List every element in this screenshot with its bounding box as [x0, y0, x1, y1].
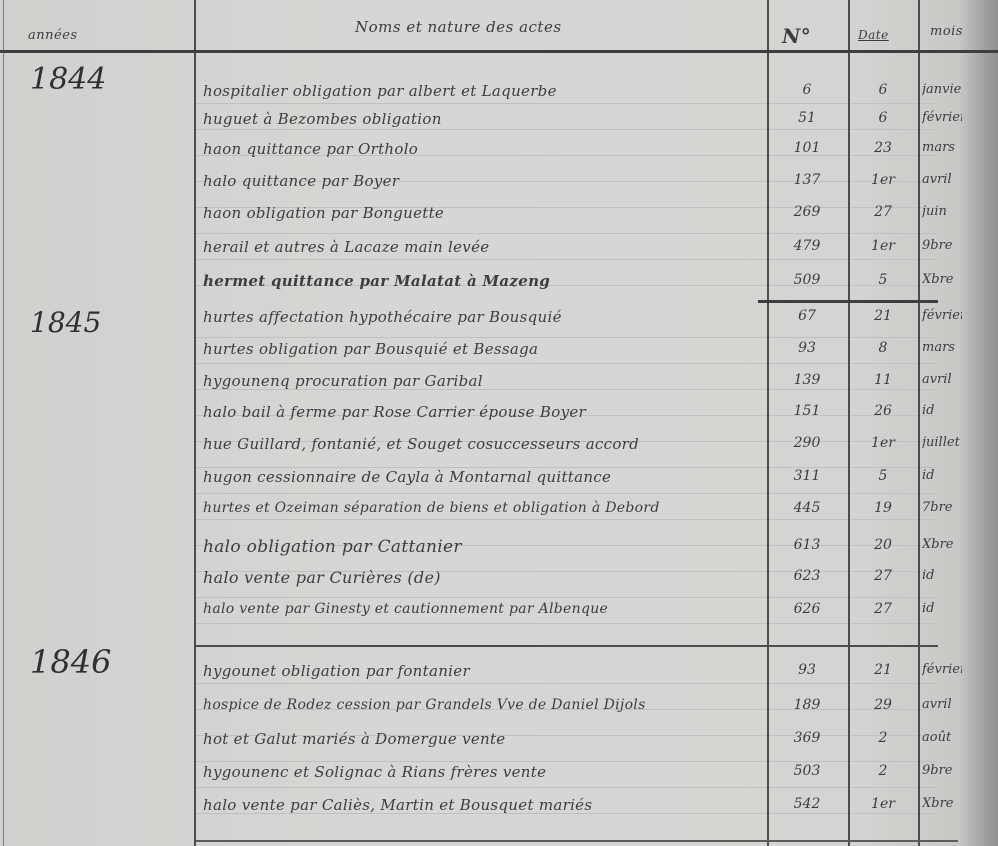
- ledger-row: hospitalier obligation par albert et Laq…: [0, 82, 998, 109]
- entry-day: 27: [852, 601, 914, 617]
- entry-day: 26: [852, 403, 914, 419]
- entry-month: Xbre: [922, 796, 962, 811]
- entry-day: 1er: [852, 238, 914, 254]
- entry-month: mars: [922, 140, 962, 155]
- entry-day: 6: [852, 110, 914, 126]
- ledger-row: huguet à Bezombes obligation 51 6 févrie…: [0, 110, 998, 137]
- bottom-rule: [196, 840, 958, 842]
- entry-number: 151: [772, 403, 842, 419]
- entry-month: février: [922, 662, 962, 677]
- year-separator-1845: [196, 645, 938, 647]
- entry-number: 93: [772, 340, 842, 356]
- entry-month: id: [922, 468, 962, 483]
- entry-description: herail et autres à Lacaze main levée: [203, 238, 489, 256]
- header-month: mois: [930, 24, 963, 39]
- ledger-row: hurtes affectation hypothécaire par Bous…: [0, 308, 998, 335]
- entry-number: 509: [772, 272, 842, 288]
- entry-number: 542: [772, 796, 842, 812]
- header-date: Date: [858, 28, 889, 42]
- entry-day: 11: [852, 372, 914, 388]
- ledger-row: halo vente par Caliès, Martin et Bousque…: [0, 796, 998, 823]
- ledger-row: hygounenc et Solignac à Rians frères ven…: [0, 763, 998, 790]
- entry-description: hot et Galut mariés à Domergue vente: [203, 730, 505, 748]
- entry-number: 623: [772, 568, 842, 584]
- ledger-row: halo quittance par Boyer 137 1er avril: [0, 172, 998, 199]
- header-years: années: [28, 28, 78, 43]
- entry-day: 29: [852, 697, 914, 713]
- ruled-line: [196, 761, 938, 762]
- entry-day: 1er: [852, 172, 914, 188]
- entry-number: 269: [772, 204, 842, 220]
- entry-description: halo bail à ferme par Rose Carrier épous…: [203, 403, 586, 421]
- entry-description: haon obligation par Bonguette: [203, 204, 444, 222]
- entry-description: halo vente par Ginesty et cautionnement …: [203, 601, 608, 617]
- ledger-row: hygounenq procuration par Garibal 139 11…: [0, 372, 998, 399]
- entry-month: id: [922, 601, 962, 616]
- entry-number: 67: [772, 308, 842, 324]
- entry-day: 2: [852, 763, 914, 779]
- ledger-row: halo obligation par Cattanier 613 20 Xbr…: [0, 537, 998, 564]
- entry-description: hermet quittance par Malatat à Mazeng: [203, 272, 550, 290]
- header-number: N°: [782, 24, 811, 48]
- entry-month: Xbre: [922, 537, 962, 552]
- entry-number: 139: [772, 372, 842, 388]
- ledger-row: hospice de Rodez cession par Grandels Vv…: [0, 697, 998, 724]
- ledger-row: halo bail à ferme par Rose Carrier épous…: [0, 403, 998, 430]
- entry-description: halo vente par Curières (de): [203, 568, 441, 587]
- entry-number: 369: [772, 730, 842, 746]
- entry-number: 189: [772, 697, 842, 713]
- entry-description: haon quittance par Ortholo: [203, 140, 418, 158]
- ledger-row: hermet quittance par Malatat à Mazeng 50…: [0, 272, 998, 299]
- entry-description: hospice de Rodez cession par Grandels Vv…: [203, 697, 646, 713]
- entry-month: 9bre: [922, 238, 962, 253]
- ledger-row: hue Guillard, fontanié, et Souget cosucc…: [0, 435, 998, 462]
- entry-description: hygounenq procuration par Garibal: [203, 372, 483, 390]
- entry-day: 5: [852, 272, 914, 288]
- entry-month: février: [922, 308, 962, 323]
- ledger-row: hugon cessionnaire de Cayla à Montarnal …: [0, 468, 998, 495]
- ruled-line: [196, 337, 938, 338]
- ledger-row: hurtes et Ozeiman séparation de biens et…: [0, 500, 998, 527]
- entry-day: 23: [852, 140, 914, 156]
- entry-day: 21: [852, 662, 914, 678]
- ledger-page: années Noms et nature des actes N° Date …: [0, 0, 998, 846]
- entry-month: juin: [922, 204, 962, 219]
- ruled-line: [196, 597, 938, 598]
- ledger-row: hot et Galut mariés à Domergue vente 369…: [0, 730, 998, 757]
- entry-description: halo vente par Caliès, Martin et Bousque…: [203, 796, 592, 814]
- entry-description: halo quittance par Boyer: [203, 172, 399, 190]
- entry-day: 27: [852, 204, 914, 220]
- entry-number: 137: [772, 172, 842, 188]
- entry-month: juillet: [922, 435, 962, 450]
- entry-day: 1er: [852, 796, 914, 812]
- entry-month: 7bre: [922, 500, 962, 515]
- entry-month: id: [922, 568, 962, 583]
- entry-description: huguet à Bezombes obligation: [203, 110, 442, 128]
- entry-day: 20: [852, 537, 914, 553]
- entry-day: 8: [852, 340, 914, 356]
- header-rule: [0, 50, 998, 53]
- entry-month: février: [922, 110, 962, 125]
- entry-description: halo obligation par Cattanier: [203, 537, 462, 557]
- entry-number: 290: [772, 435, 842, 451]
- entry-month: août: [922, 730, 962, 745]
- ledger-row: halo vente par Ginesty et cautionnement …: [0, 601, 998, 628]
- entry-description: hospitalier obligation par albert et Laq…: [203, 82, 557, 100]
- entry-day: 21: [852, 308, 914, 324]
- ledger-row: haon obligation par Bonguette 269 27 jui…: [0, 204, 998, 231]
- entry-month: avril: [922, 172, 962, 187]
- entry-number: 101: [772, 140, 842, 156]
- entry-month: janvier: [922, 82, 962, 97]
- year-separator-1844: [758, 300, 938, 303]
- entry-number: 479: [772, 238, 842, 254]
- entry-description: hurtes affectation hypothécaire par Bous…: [203, 308, 562, 326]
- entry-number: 445: [772, 500, 842, 516]
- ledger-row: hygounet obligation par fontanier 93 21 …: [0, 662, 998, 689]
- ledger-row: halo vente par Curières (de) 623 27 id: [0, 568, 998, 595]
- entry-description: hue Guillard, fontanié, et Souget cosucc…: [203, 435, 639, 453]
- entry-month: id: [922, 403, 962, 418]
- entry-number: 93: [772, 662, 842, 678]
- entry-number: 503: [772, 763, 842, 779]
- ledger-row: herail et autres à Lacaze main levée 479…: [0, 238, 998, 265]
- entry-number: 613: [772, 537, 842, 553]
- entry-month: avril: [922, 372, 962, 387]
- header-names: Noms et nature des actes: [355, 18, 562, 36]
- entry-description: hygounenc et Solignac à Rians frères ven…: [203, 763, 546, 781]
- entry-description: hurtes obligation par Bousquié et Bessag…: [203, 340, 538, 358]
- entry-day: 1er: [852, 435, 914, 451]
- entry-number: 311: [772, 468, 842, 484]
- ledger-row: haon quittance par Ortholo 101 23 mars: [0, 140, 998, 167]
- entry-month: mars: [922, 340, 962, 355]
- entry-description: hurtes et Ozeiman séparation de biens et…: [203, 500, 660, 516]
- ruled-line: [196, 233, 938, 234]
- entry-description: hygounet obligation par fontanier: [203, 662, 470, 680]
- entry-number: 6: [772, 82, 842, 98]
- entry-day: 5: [852, 468, 914, 484]
- entry-description: hugon cessionnaire de Cayla à Montarnal …: [203, 468, 611, 486]
- entry-day: 2: [852, 730, 914, 746]
- entry-day: 27: [852, 568, 914, 584]
- entry-month: 9bre: [922, 763, 962, 778]
- entry-day: 6: [852, 82, 914, 98]
- entry-month: Xbre: [922, 272, 962, 287]
- entry-day: 19: [852, 500, 914, 516]
- entry-number: 51: [772, 110, 842, 126]
- entry-month: avril: [922, 697, 962, 712]
- entry-number: 626: [772, 601, 842, 617]
- ledger-row: hurtes obligation par Bousquié et Bessag…: [0, 340, 998, 367]
